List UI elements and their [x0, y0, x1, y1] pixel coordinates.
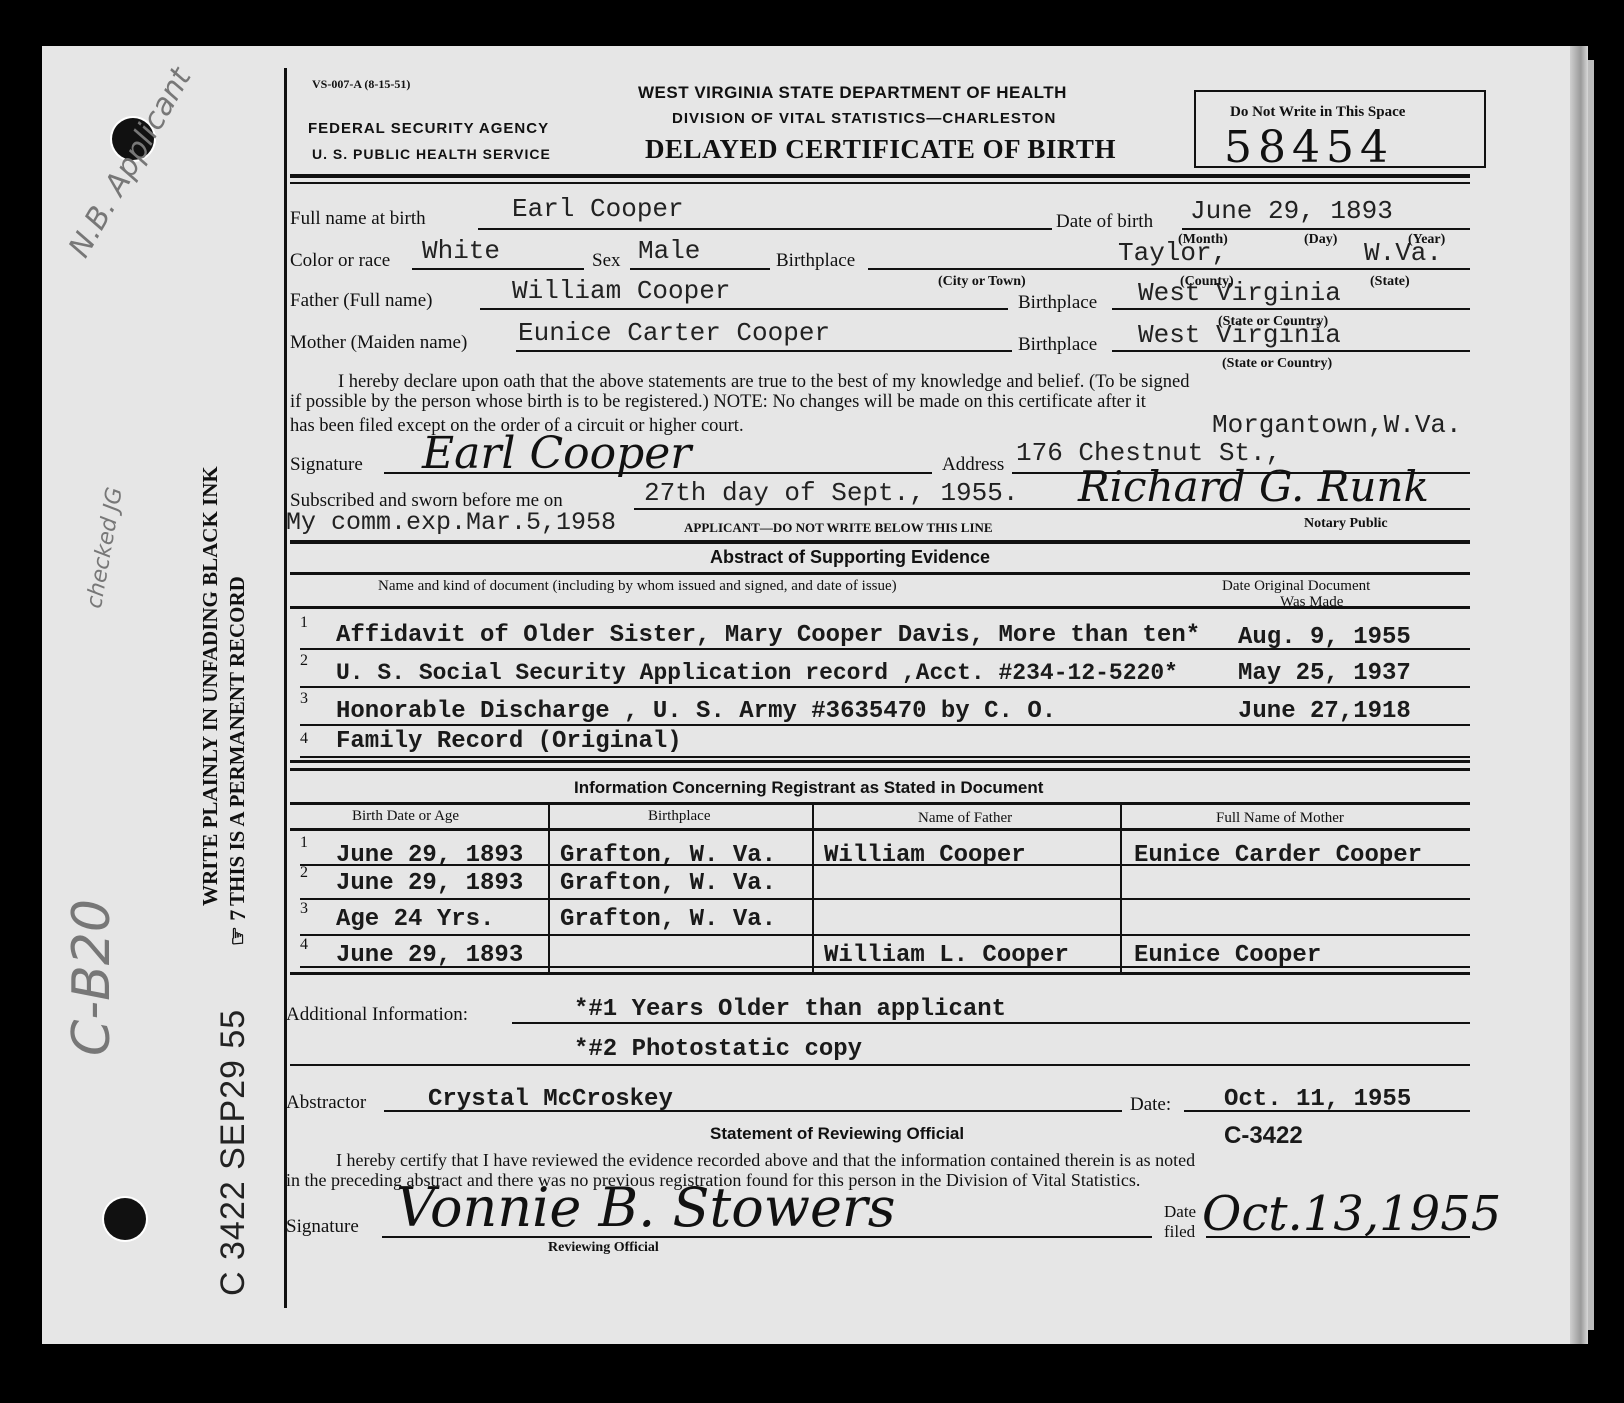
info-row-line — [300, 898, 1470, 900]
dob-label: Date of birth — [1056, 211, 1153, 233]
agency-line2: U. S. PUBLIC HEALTH SERVICE — [312, 146, 551, 162]
additional-label: Additional Information: — [286, 1004, 468, 1026]
pointing-hand-icon: ☞ — [225, 926, 250, 946]
info-row-num: 2 — [300, 864, 308, 882]
applicant-note: APPLICANT—DO NOT WRITE BELOW THIS LINE — [684, 520, 993, 536]
info-row-birth: Age 24 Yrs. — [336, 906, 494, 933]
evidence-row-num: 3 — [300, 690, 308, 708]
evidence-header-rule — [290, 606, 1470, 609]
sex-value: Male — [638, 236, 700, 266]
father-birthplace: West Virginia — [1138, 278, 1341, 308]
info-title: Information Concerning Registrant as Sta… — [574, 778, 1043, 798]
cert-title: DELAYED CERTIFICATE OF BIRTH — [645, 134, 1116, 165]
evidence-title-rule — [290, 572, 1470, 575]
mother-bp-sub: (State or Country) — [1222, 356, 1332, 372]
race-value: White — [422, 236, 500, 266]
notary-label: Notary Public — [1304, 516, 1388, 532]
info-row-line — [300, 966, 1470, 968]
mother-birthplace-underline — [1112, 350, 1470, 352]
punch-hole-bottom — [104, 1198, 146, 1240]
info-col-mother: Full Name of Mother — [1216, 810, 1344, 827]
header-rule-thin — [290, 182, 1470, 184]
birthplace-county: Taylor, — [1118, 238, 1227, 268]
evidence-col-date1: Date Original Document — [1222, 578, 1370, 595]
reviewing-official-label: Reviewing Official — [548, 1240, 659, 1256]
office-box-label: Do Not Write in This Space — [1230, 104, 1405, 121]
oath-city: Morgantown,W.Va. — [1212, 410, 1462, 440]
address-label: Address — [942, 454, 1004, 476]
dob-underline — [1182, 228, 1470, 230]
additional-line1: *#1 Years Older than applicant — [574, 996, 1006, 1023]
full-name-label: Full name at birth — [290, 208, 426, 230]
info-row-num: 1 — [300, 834, 308, 852]
info-row-place: Grafton, W. Va. — [560, 906, 776, 933]
evidence-row-line — [300, 648, 1470, 650]
margin-pointer: ☞ 7 — [225, 910, 251, 946]
pencil-note-top: N.B. Applicant — [62, 62, 199, 264]
margin-instruction-ink: WRITE PLAINLY IN UNFADING BLACK INK — [198, 466, 223, 906]
info-row-birth: June 29, 1893 — [336, 942, 523, 969]
oath-line2: if possible by the person whose birth is… — [290, 392, 1146, 413]
additional-underline-2 — [290, 1064, 1470, 1066]
info-row-num: 3 — [300, 900, 308, 918]
mother-label: Mother (Maiden name) — [290, 332, 467, 354]
applicant-rule — [290, 540, 1470, 544]
abstractor-date: Oct. 11, 1955 — [1224, 1086, 1411, 1113]
evidence-row-num: 2 — [300, 652, 308, 670]
race-underline — [412, 268, 584, 270]
date-filed-label1: Date — [1164, 1202, 1196, 1222]
division-title: DIVISION OF VITAL STATISTICS—CHARLESTON — [672, 110, 1056, 127]
info-row-line — [300, 934, 1470, 936]
full-name-value: Earl Cooper — [512, 194, 684, 224]
mother-birthplace-label: Birthplace — [1018, 334, 1097, 356]
dob-day-label: (Day) — [1304, 232, 1337, 248]
full-name-underline — [478, 228, 1052, 230]
info-row-num: 4 — [300, 936, 308, 954]
oath-line1: I hereby declare upon oath that the abov… — [338, 372, 1189, 393]
info-row-mother: Eunice Cooper — [1134, 942, 1321, 969]
mother-name: Eunice Carter Cooper — [518, 318, 830, 348]
race-label: Color or race — [290, 250, 390, 272]
info-col-birthplace: Birthplace — [648, 808, 710, 825]
pencil-code: C-B20 — [62, 899, 122, 1056]
mother-underline — [516, 350, 1012, 352]
evidence-row-date: May 25, 1937 — [1238, 660, 1411, 687]
commission-expiry: My comm.exp.Mar.5,1958 — [286, 508, 616, 537]
birthplace-label: Birthplace — [776, 250, 855, 272]
birthplace-state: W.Va. — [1364, 238, 1442, 268]
evidence-row-num: 1 — [300, 614, 308, 632]
date-filed-label2: filed — [1164, 1222, 1195, 1242]
signature-label: Signature — [290, 454, 363, 476]
office-box-number: 58454 — [1224, 122, 1394, 173]
notary-signature: Richard G. Runk — [1078, 462, 1429, 511]
info-top-rule — [290, 760, 1470, 763]
review-case-number: C-3422 — [1224, 1122, 1303, 1150]
header-rule — [290, 174, 1470, 178]
info-row-place: Grafton, W. Va. — [560, 870, 776, 897]
evidence-row-document: U. S. Social Security Application record… — [336, 660, 1178, 686]
applicant-signature: Earl Cooper — [422, 428, 691, 479]
father-name: William Cooper — [512, 276, 730, 306]
father-label: Father (Full name) — [290, 290, 432, 312]
info-bottom-rule — [290, 972, 1470, 975]
evidence-row-document: Affidavit of Older Sister, Mary Cooper D… — [336, 622, 1200, 649]
evidence-row-num: 4 — [300, 730, 308, 748]
mother-birthplace: West Virginia — [1138, 320, 1341, 350]
form-code: VS-007-A (8-15-51) — [312, 77, 410, 92]
additional-line2: *#2 Photostatic copy — [574, 1036, 862, 1063]
state-label: (State) — [1370, 274, 1410, 290]
father-underline — [480, 308, 1008, 310]
review-signature-label: Signature — [286, 1216, 359, 1238]
info-row-father: William L. Cooper — [824, 942, 1069, 969]
abstractor-date-label: Date: — [1130, 1094, 1171, 1116]
evidence-title: Abstract of Supporting Evidence — [710, 547, 990, 568]
sex-label: Sex — [592, 250, 621, 272]
evidence-row-line — [300, 724, 1470, 726]
margin-rule — [284, 68, 287, 1308]
stacked-page-edge — [1570, 46, 1588, 1344]
father-birthplace-label: Birthplace — [1018, 292, 1097, 314]
evidence-row-date: June 27,1918 — [1238, 698, 1411, 725]
city-label: (City or Town) — [938, 274, 1026, 290]
info-col-father: Name of Father — [918, 810, 1012, 827]
evidence-row-document: Family Record (Original) — [336, 728, 682, 755]
date-filed-value: Oct.13,1955 — [1202, 1186, 1501, 1242]
pointer-number: 7 — [225, 910, 250, 921]
father-birthplace-underline — [1112, 308, 1470, 310]
info-top-rule-2 — [290, 768, 1470, 771]
certificate-page: N.B. Applicant checked JG C-B20 C 3422 S… — [42, 46, 1570, 1344]
info-col-birth: Birth Date or Age — [352, 808, 459, 825]
margin-instruction-permanent: THIS IS A PERMANENT RECORD — [225, 576, 250, 906]
info-row-line — [300, 864, 1470, 866]
pencil-note-mid: checked JG — [82, 485, 128, 610]
sworn-date: 27th day of Sept., 1955. — [644, 478, 1018, 508]
birthplace-underline — [868, 268, 1470, 270]
agency-line1: FEDERAL SECURITY AGENCY — [308, 120, 549, 137]
dept-title: WEST VIRGINIA STATE DEPARTMENT OF HEALTH — [638, 83, 1067, 103]
info-title-rule — [290, 802, 1470, 805]
review-title: Statement of Reviewing Official — [710, 1124, 964, 1144]
evidence-col-document: Name and kind of document (including by … — [378, 578, 897, 595]
evidence-row-document: Honorable Discharge , U. S. Army #363547… — [336, 698, 1056, 725]
sex-underline — [630, 268, 770, 270]
margin-stamp: C 3422 SEP29 55 — [214, 1009, 253, 1296]
info-header-rule — [290, 828, 1470, 831]
abstractor-name: Crystal McCroskey — [428, 1086, 673, 1113]
abstractor-label: Abstractor — [286, 1092, 366, 1114]
review-text-line1: I hereby certify that I have reviewed th… — [336, 1150, 1195, 1171]
evidence-row-line — [300, 756, 1470, 758]
dob-value: June 29, 1893 — [1190, 196, 1393, 226]
reviewer-signature: Vonnie B. Stowers — [396, 1176, 895, 1239]
stacked-page-edge-2 — [1588, 60, 1594, 1330]
info-row-birth: June 29, 1893 — [336, 870, 523, 897]
office-box: Do Not Write in This Space 58454 — [1194, 90, 1486, 168]
evidence-row-date: Aug. 9, 1955 — [1238, 624, 1411, 651]
evidence-row-line — [300, 686, 1470, 688]
